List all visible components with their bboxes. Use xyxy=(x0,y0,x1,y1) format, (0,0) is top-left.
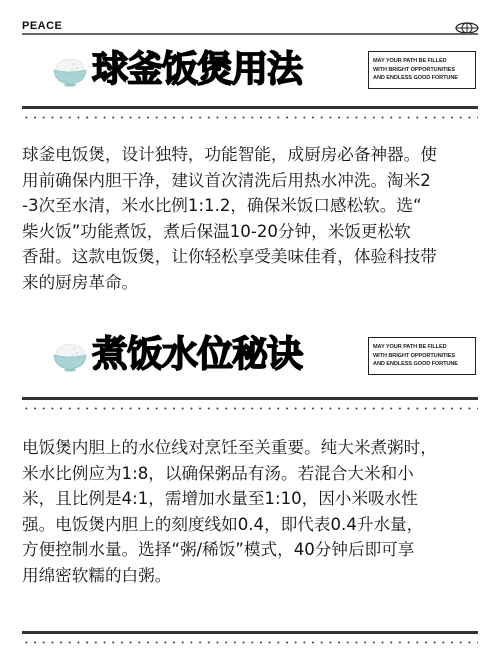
paragraph-line: 强。电饭煲内胆上的刻度线如0.4，即代表0.4升水量， xyxy=(22,512,482,538)
motto-line: WITH BRIGHT OPPORTUNITIES xyxy=(373,352,475,361)
paragraph-line: 米，且比例是4:1，需增加水量至1:10，因小米吸水性 xyxy=(22,486,482,512)
paragraph-line: 米水比例应为1:8，以确保粥品有汤。若混合大米和小 xyxy=(22,461,482,487)
paragraph-line: 用前确保内胆干净，建议首次清洗后用热水冲洗。淘米2 xyxy=(22,168,482,194)
dotted-divider xyxy=(22,407,478,410)
dotted-divider xyxy=(22,116,478,119)
motto-line: MAY YOUR PATH BE FILLED xyxy=(373,57,475,66)
paragraph-line: 香甜。这款电饭煲，让你轻松享受美味佳肴，体验科技带 xyxy=(22,244,482,270)
section-title-row: 球釜饭煲用法 xyxy=(50,45,340,95)
rice-bowl-icon xyxy=(50,335,90,375)
section-title: 煮饭水位秘诀 xyxy=(92,337,302,373)
brand-label: PEACE xyxy=(22,20,62,32)
section-paragraph: 电饭煲内胆上的水位线对烹饪至关重要。纯大米煮粥时， 米水比例应为1:8，以确保粥… xyxy=(22,435,482,589)
section-title: 球釜饭煲用法 xyxy=(92,52,302,88)
paragraph-line: 球釜电饭煲，设计独特，功能智能，成厨房必备神器。使 xyxy=(22,142,482,168)
paragraph-line: 方便控制水量。选择“粥/稀饭”模式，40分钟后即可享 xyxy=(22,537,482,563)
paragraph-line: 用绵密软糯的白粥。 xyxy=(22,563,482,589)
section-divider xyxy=(22,397,478,400)
footer-divider xyxy=(22,631,478,634)
paragraph-line: 来的厨房革命。 xyxy=(22,270,482,296)
dotted-divider xyxy=(22,641,478,644)
paragraph-line: -3次至水清，米水比例1:1.2，确保米饭口感松软。选“ xyxy=(22,193,482,219)
paragraph-line: 电饭煲内胆上的水位线对烹饪至关重要。纯大米煮粥时， xyxy=(22,435,482,461)
motto-line: MAY YOUR PATH BE FILLED xyxy=(373,343,475,352)
motto-box: MAY YOUR PATH BE FILLED WITH BRIGHT OPPO… xyxy=(368,337,476,375)
motto-line: AND ENDLESS GOOD FORTUNE xyxy=(373,360,475,369)
paragraph-line: 柴火饭”功能煮饭，煮后保温10-20分钟，米饭更松软 xyxy=(22,219,482,245)
motto-box: MAY YOUR PATH BE FILLED WITH BRIGHT OPPO… xyxy=(368,51,476,89)
rice-bowl-icon xyxy=(50,50,90,90)
header-divider xyxy=(22,33,478,35)
section-title-row: 煮饭水位秘诀 xyxy=(50,330,340,380)
motto-line: WITH BRIGHT OPPORTUNITIES xyxy=(373,66,475,75)
section-divider xyxy=(22,106,478,109)
section-paragraph: 球釜电饭煲，设计独特，功能智能，成厨房必备神器。使 用前确保内胆干净，建议首次清… xyxy=(22,142,482,296)
motto-line: AND ENDLESS GOOD FORTUNE xyxy=(373,74,475,83)
